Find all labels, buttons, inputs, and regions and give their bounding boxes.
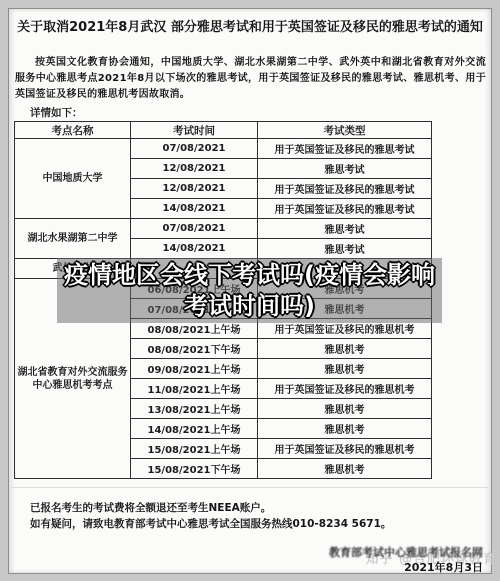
exam-type-cell: 雅思机考 bbox=[258, 399, 432, 419]
session-date-cell: 07/08/2021 bbox=[131, 139, 258, 159]
issue-date: 2021年8月3日 bbox=[404, 559, 483, 575]
notice-intro: 按英国文化教育协会通知，中国地质大学、湖北水果湖第二中学、武外英中和湖北省教育对… bbox=[15, 55, 486, 103]
fold-line bbox=[11, 487, 489, 488]
table-row: 中国地质大学 07/08/2021 用于英国签证及移民的雅思考试 bbox=[15, 139, 432, 159]
session-date-cell: 13/08/2021上午场 bbox=[131, 399, 258, 419]
hotline-note: 如有疑问，请致电教育部考试中心雅思考试全国服务热线010-8234 5671。 bbox=[30, 516, 391, 531]
session-date-cell: 14/08/2021 bbox=[131, 239, 258, 259]
exam-type-cell: 雅思机考 bbox=[258, 339, 432, 359]
session-date-cell: 14/08/2021 bbox=[131, 199, 258, 219]
exam-type-cell: 用于英国签证及移民的雅思机考 bbox=[258, 439, 432, 459]
table-row: 湖北水果湖第二中学 07/08/2021 雅思考试 bbox=[15, 219, 432, 239]
session-date-cell: 09/08/2021上午场 bbox=[131, 359, 258, 379]
refund-note: 已报名考生的考试费将全额退还至考生NEEA账户。 bbox=[30, 500, 271, 515]
table-header-row: 考点名称 考试时间 考试类型 bbox=[15, 122, 432, 139]
headline-text: 疫情地区会线下考试吗(疫情会影响考试时间吗) bbox=[57, 260, 442, 322]
col-header-type: 考试类型 bbox=[258, 122, 432, 139]
venue-cell: 中国地质大学 bbox=[15, 139, 131, 219]
exam-type-cell: 雅思机考 bbox=[258, 459, 432, 479]
session-date-cell: 08/08/2021下午场 bbox=[131, 339, 258, 359]
venue-cell: 湖北水果湖第二中学 bbox=[15, 219, 131, 259]
exam-type-cell: 用于英国签证及移民的雅思考试 bbox=[258, 179, 432, 199]
exam-type-cell: 雅思考试 bbox=[258, 219, 432, 239]
col-header-date: 考试时间 bbox=[131, 122, 258, 139]
notice-title: 关于取消2021年8月武汉 部分雅思考试和用于英国签证及移民的雅思考试的通知 bbox=[9, 16, 491, 35]
session-date-cell: 15/08/2021下午场 bbox=[131, 459, 258, 479]
session-date-cell: 07/08/2021 bbox=[131, 219, 258, 239]
exam-type-cell: 用于英国签证及移民的雅思考试 bbox=[258, 199, 432, 219]
exam-type-cell: 雅思考试 bbox=[258, 239, 432, 259]
exam-type-cell: 用于英国签证及移民的雅思考试 bbox=[258, 139, 432, 159]
exam-type-cell: 雅思考试 bbox=[258, 159, 432, 179]
exam-type-cell: 雅思机考 bbox=[258, 419, 432, 439]
exam-type-cell: 雅思机考 bbox=[258, 359, 432, 379]
headline-overlay: 疫情地区会线下考试吗(疫情会影响考试时间吗) bbox=[57, 258, 442, 323]
exam-type-cell: 用于英国签证及移民的雅思机考 bbox=[258, 379, 432, 399]
session-date-cell: 11/08/2021上午场 bbox=[131, 379, 258, 399]
session-date-cell: 12/08/2021 bbox=[131, 159, 258, 179]
issuer-signature: 教育部考试中心雅思考试报名网 bbox=[329, 544, 483, 560]
session-date-cell: 12/08/2021 bbox=[131, 179, 258, 199]
session-date-cell: 15/08/2021上午场 bbox=[131, 439, 258, 459]
col-header-venue: 考点名称 bbox=[15, 122, 131, 139]
details-label: 详情如下： bbox=[30, 105, 83, 120]
session-date-cell: 14/08/2021上午场 bbox=[131, 419, 258, 439]
